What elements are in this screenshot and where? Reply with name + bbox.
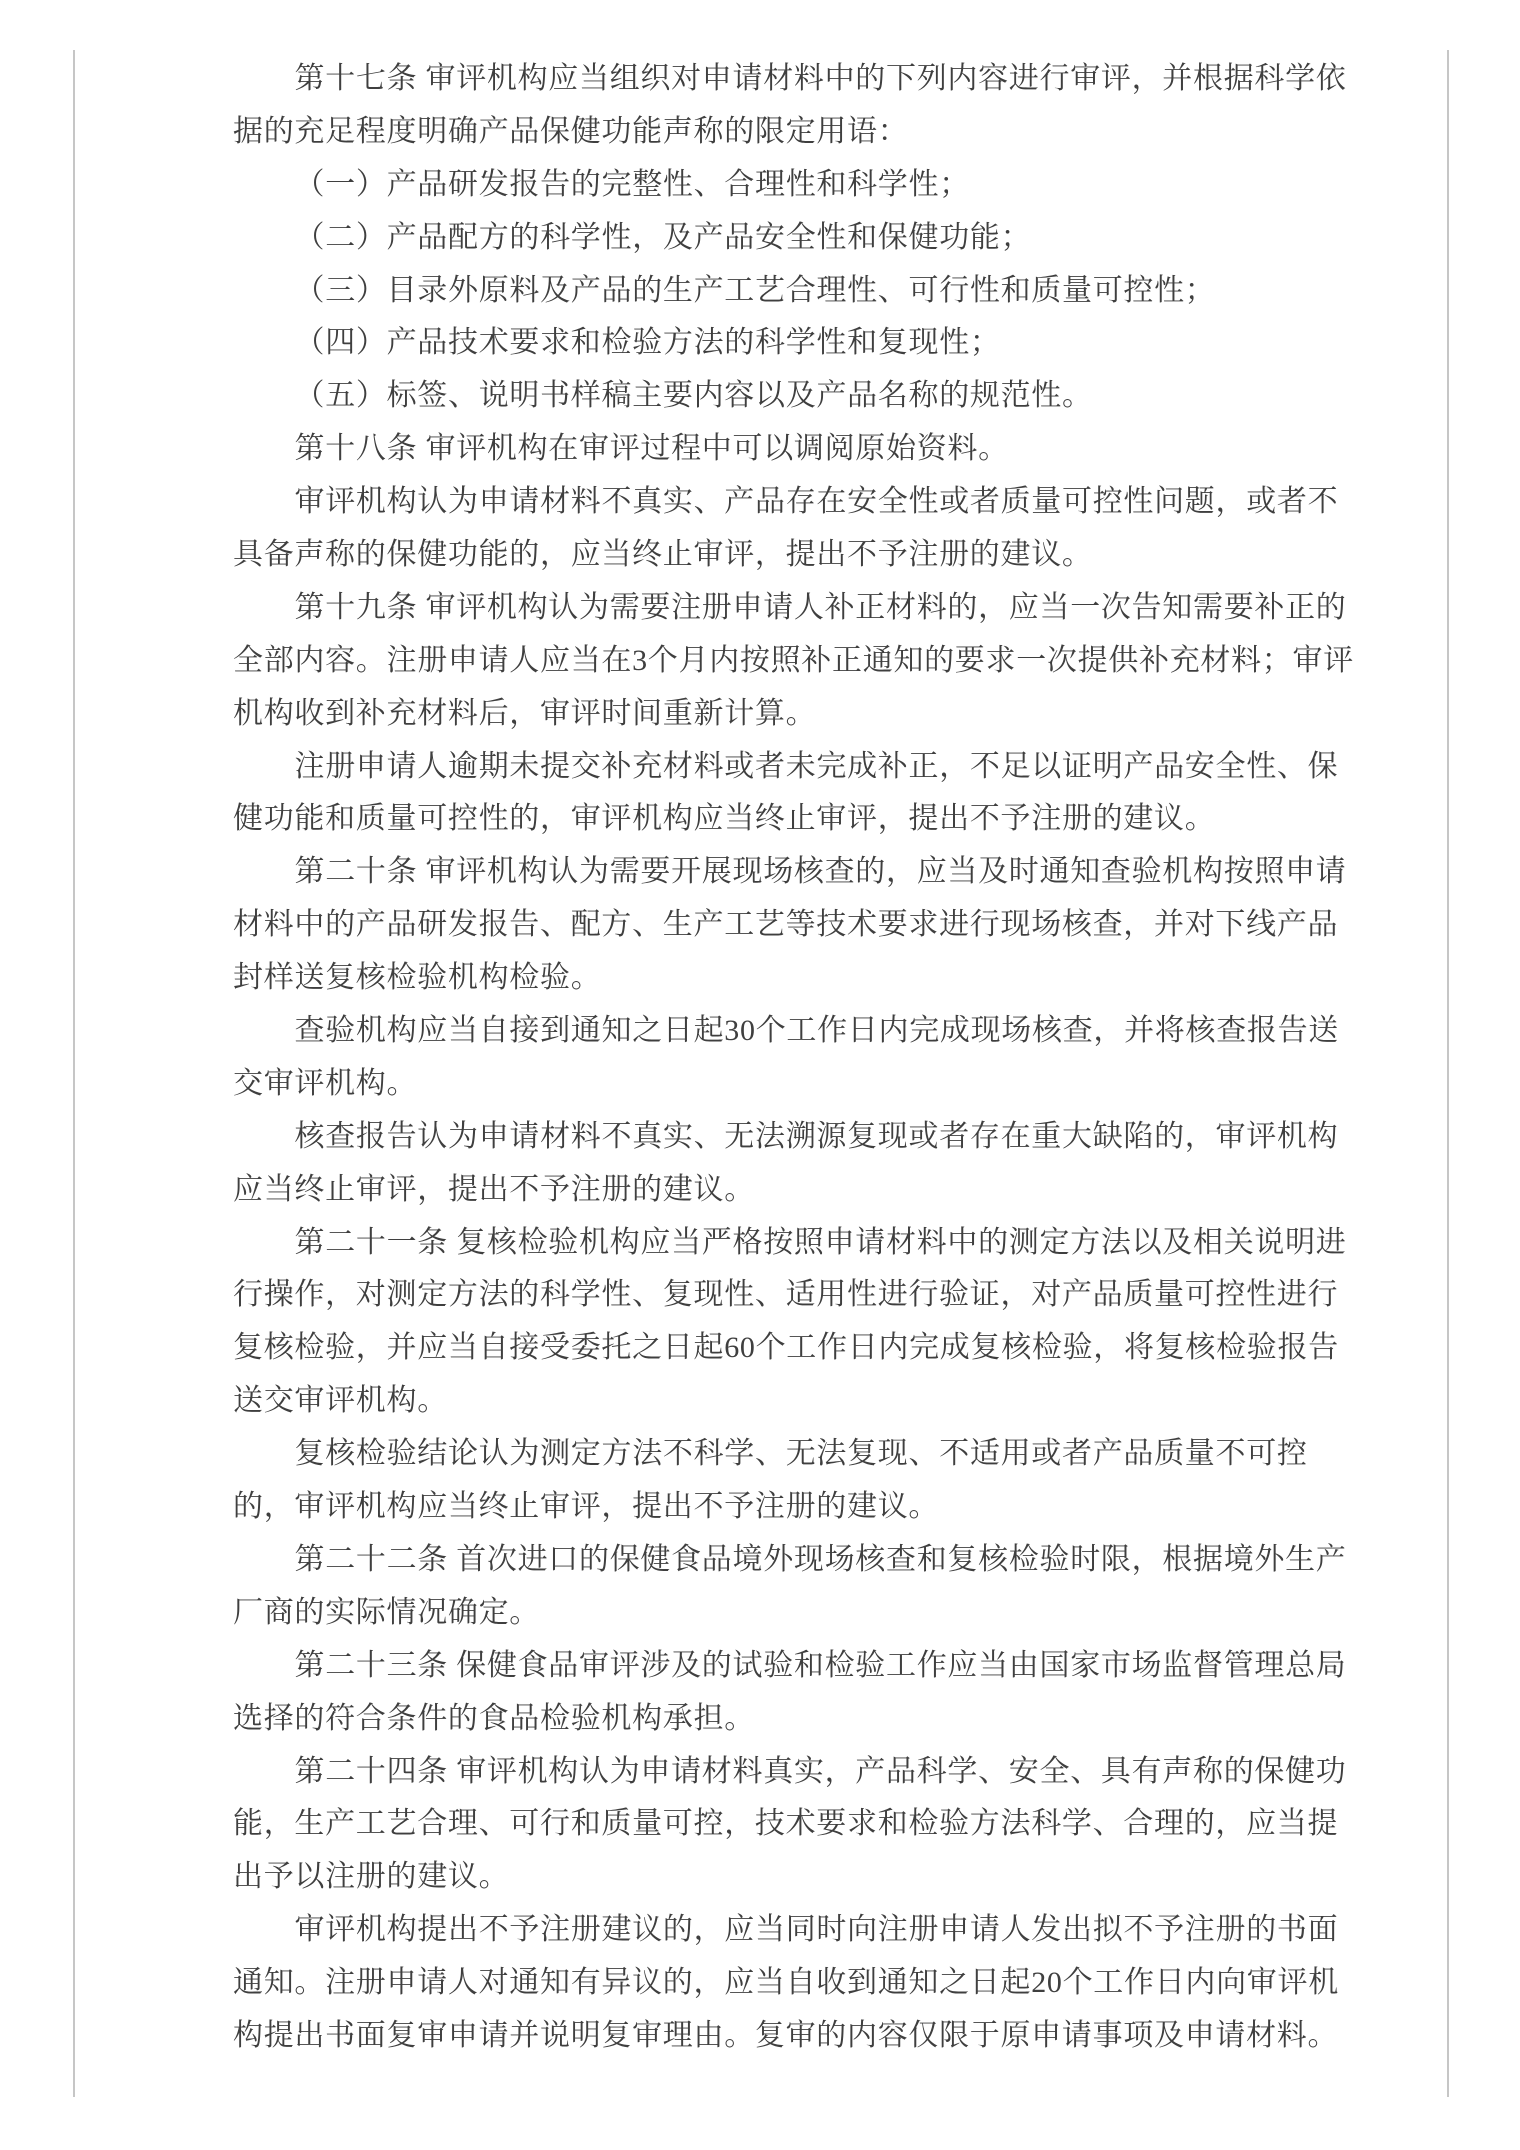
text-line: 复核检验结论认为测定方法不科学、无法复现、不适用或者产品质量不可控 [233,1428,1345,1481]
text-line: （一）产品研发报告的完整性、合理性和科学性； [233,159,1345,212]
document-body: 第十七条 审评机构应当组织对申请材料中的下列内容进行审评，并根据科学依据的充足程… [233,53,1345,2063]
text-line: 出予以注册的建议。 [233,1851,1345,1904]
text-line: 审评机构认为申请材料不真实、产品存在安全性或者质量可控性问题，或者不 [233,476,1345,529]
text-line: （五）标签、说明书样稿主要内容以及产品名称的规范性。 [233,370,1345,423]
text-line: 注册申请人逾期未提交补充材料或者未完成补正，不足以证明产品安全性、保 [233,741,1345,794]
text-line: 健功能和质量可控性的，审评机构应当终止审评，提出不予注册的建议。 [233,793,1345,846]
text-line: 第二十三条 保健食品审评涉及的试验和检验工作应当由国家市场监督管理总局 [233,1640,1345,1693]
text-line: 核查报告认为申请材料不真实、无法溯源复现或者存在重大缺陷的，审评机构 [233,1111,1345,1164]
text-line: 通知。注册申请人对通知有异议的，应当自收到通知之日起20个工作日内向审评机 [233,1957,1345,2010]
text-line: 选择的符合条件的食品检验机构承担。 [233,1693,1345,1746]
text-line: 交审评机构。 [233,1058,1345,1111]
text-line: 行操作，对测定方法的科学性、复现性、适用性进行验证，对产品质量可控性进行 [233,1269,1345,1322]
text-line: 全部内容。注册申请人应当在3个月内按照补正通知的要求一次提供补充材料；审评 [233,635,1345,688]
text-line: 具备声称的保健功能的，应当终止审评，提出不予注册的建议。 [233,529,1345,582]
page-left-edge [73,50,75,2097]
text-line: 构提出书面复审申请并说明复审理由。复审的内容仅限于原申请事项及申请材料。 [233,2010,1345,2063]
text-line: 应当终止审评，提出不予注册的建议。 [233,1164,1345,1217]
text-line: 第二十条 审评机构认为需要开展现场核查的，应当及时通知查验机构按照申请 [233,846,1345,899]
text-line: 送交审评机构。 [233,1375,1345,1428]
text-line: 第十八条 审评机构在审评过程中可以调阅原始资料。 [233,423,1345,476]
text-line: 能，生产工艺合理、可行和质量可控，技术要求和检验方法科学、合理的，应当提 [233,1798,1345,1851]
text-line: 厂商的实际情况确定。 [233,1587,1345,1640]
text-line: 复核检验，并应当自接受委托之日起60个工作日内完成复核检验，将复核检验报告 [233,1322,1345,1375]
text-line: （二）产品配方的科学性，及产品安全性和保健功能； [233,212,1345,265]
text-line: 第十九条 审评机构认为需要注册申请人补正材料的，应当一次告知需要补正的 [233,582,1345,635]
text-line: 第二十二条 首次进口的保健食品境外现场核查和复核检验时限，根据境外生产 [233,1534,1345,1587]
text-line: 据的充足程度明确产品保健功能声称的限定用语： [233,106,1345,159]
text-line: 封样送复核检验机构检验。 [233,952,1345,1005]
text-line: 查验机构应当自接到通知之日起30个工作日内完成现场核查，并将核查报告送 [233,1005,1345,1058]
text-line: 的，审评机构应当终止审评，提出不予注册的建议。 [233,1481,1345,1534]
text-line: 第二十四条 审评机构认为申请材料真实，产品科学、安全、具有声称的保健功 [233,1746,1345,1799]
page-right-edge [1447,50,1449,2097]
text-line: 第二十一条 复核检验机构应当严格按照申请材料中的测定方法以及相关说明进 [233,1217,1345,1270]
text-line: （四）产品技术要求和检验方法的科学性和复现性； [233,317,1345,370]
text-line: 审评机构提出不予注册建议的，应当同时向注册申请人发出拟不予注册的书面 [233,1904,1345,1957]
text-line: 机构收到补充材料后，审评时间重新计算。 [233,688,1345,741]
text-line: 材料中的产品研发报告、配方、生产工艺等技术要求进行现场核查，并对下线产品 [233,899,1345,952]
text-line: （三）目录外原料及产品的生产工艺合理性、可行性和质量可控性； [233,265,1345,318]
document-viewer: 第十七条 审评机构应当组织对申请材料中的下列内容进行审评，并根据科学依据的充足程… [0,0,1520,2150]
text-line: 第十七条 审评机构应当组织对申请材料中的下列内容进行审评，并根据科学依 [233,53,1345,106]
